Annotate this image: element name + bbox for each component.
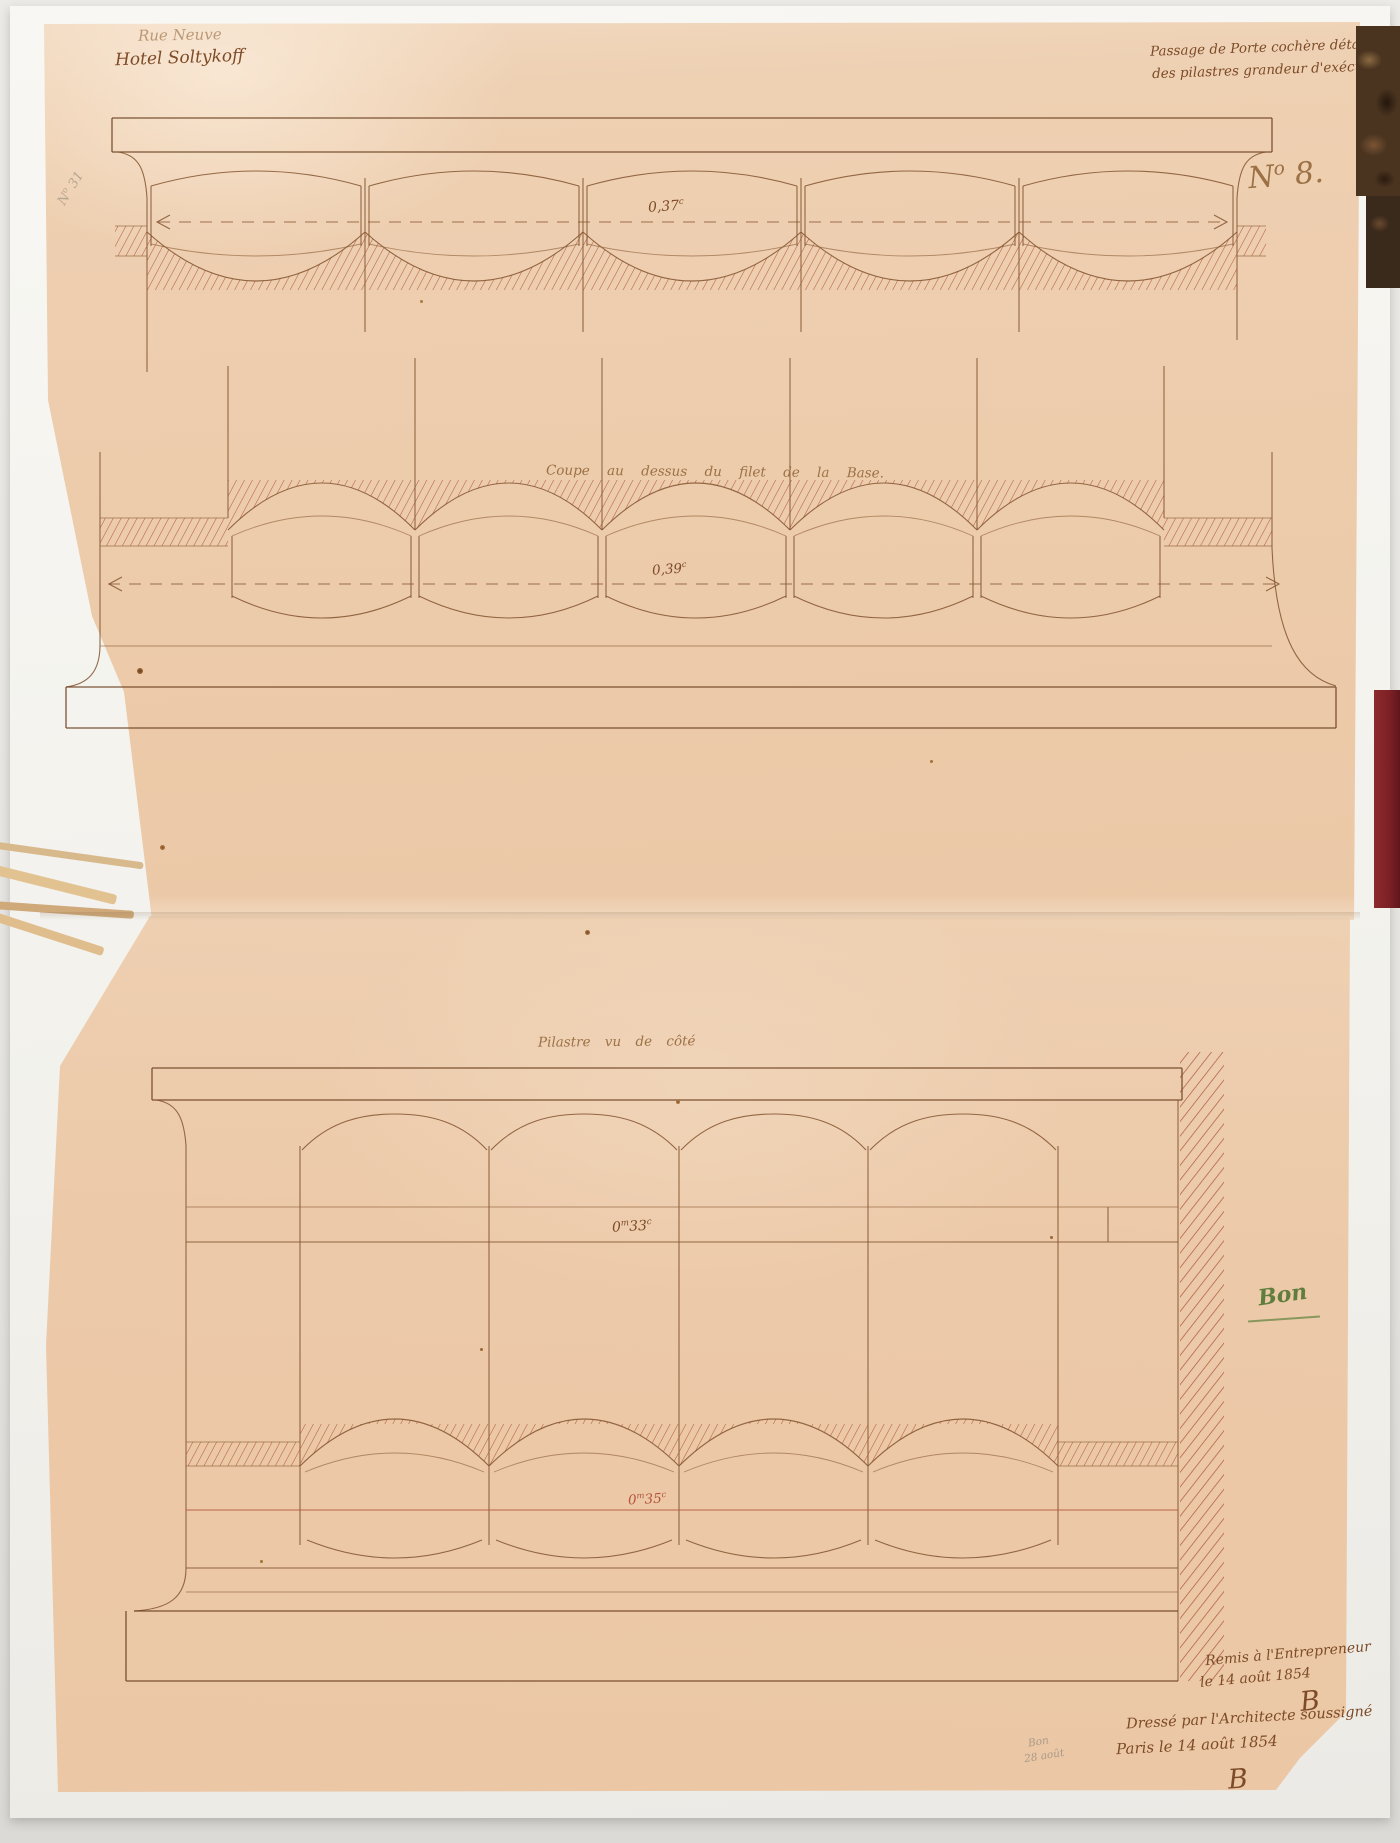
dimension-unit: c [679,197,685,207]
dimension-value: 33 [629,1218,648,1235]
dimension-unit: c [661,1489,666,1499]
side-view-caption: Pilastre vu de côté [538,1033,696,1050]
signature-initial-2: B [1227,1763,1249,1795]
dimension-value: 0,39 [652,561,683,579]
foxing-spot [930,760,933,763]
dimension-value: 35 [644,1491,662,1508]
foxing-spot [137,668,143,674]
sheet-number: No 8. [1247,155,1325,196]
middle-section-drawing [66,358,1336,728]
foxing-spot [676,1100,680,1104]
foxing-spot [160,845,165,850]
scanned-drawing-page: Rue Neuve Hotel Soltykoff Passage de Por… [0,0,1400,1843]
dimension-unit: c [647,1217,652,1227]
marbled-binding-strip-dark [1366,196,1400,288]
foxing-spot [480,1348,483,1351]
dimension-value: 0,37 [648,198,680,216]
foxing-spot [420,300,423,303]
foxing-spot [1050,1236,1053,1239]
sheet-number-prefix: N [1247,159,1276,196]
dimension-label-upper: 0,37c [647,197,684,216]
upper-plan-drawing [112,118,1272,372]
dimension-label-side-lower: 0m35c [628,1489,667,1508]
marbled-binding-strip [1356,26,1400,196]
red-cloth-edge [1374,690,1400,908]
foxing-spot [585,930,590,935]
street-name-note: Rue Neuve [138,25,222,44]
dimension-unit: c [681,559,686,569]
foxing-spot [260,1560,263,1563]
section-caption: Coupe au dessus du filet de la Base. [546,463,884,482]
sheet-number-value: 8. [1284,155,1325,193]
dimension-label-section: 0,39c [651,559,687,579]
lower-side-view-drawing [126,1052,1224,1681]
drawing-linework [0,0,1400,1843]
dimension-label-side-upper: 0m33c [612,1217,653,1236]
